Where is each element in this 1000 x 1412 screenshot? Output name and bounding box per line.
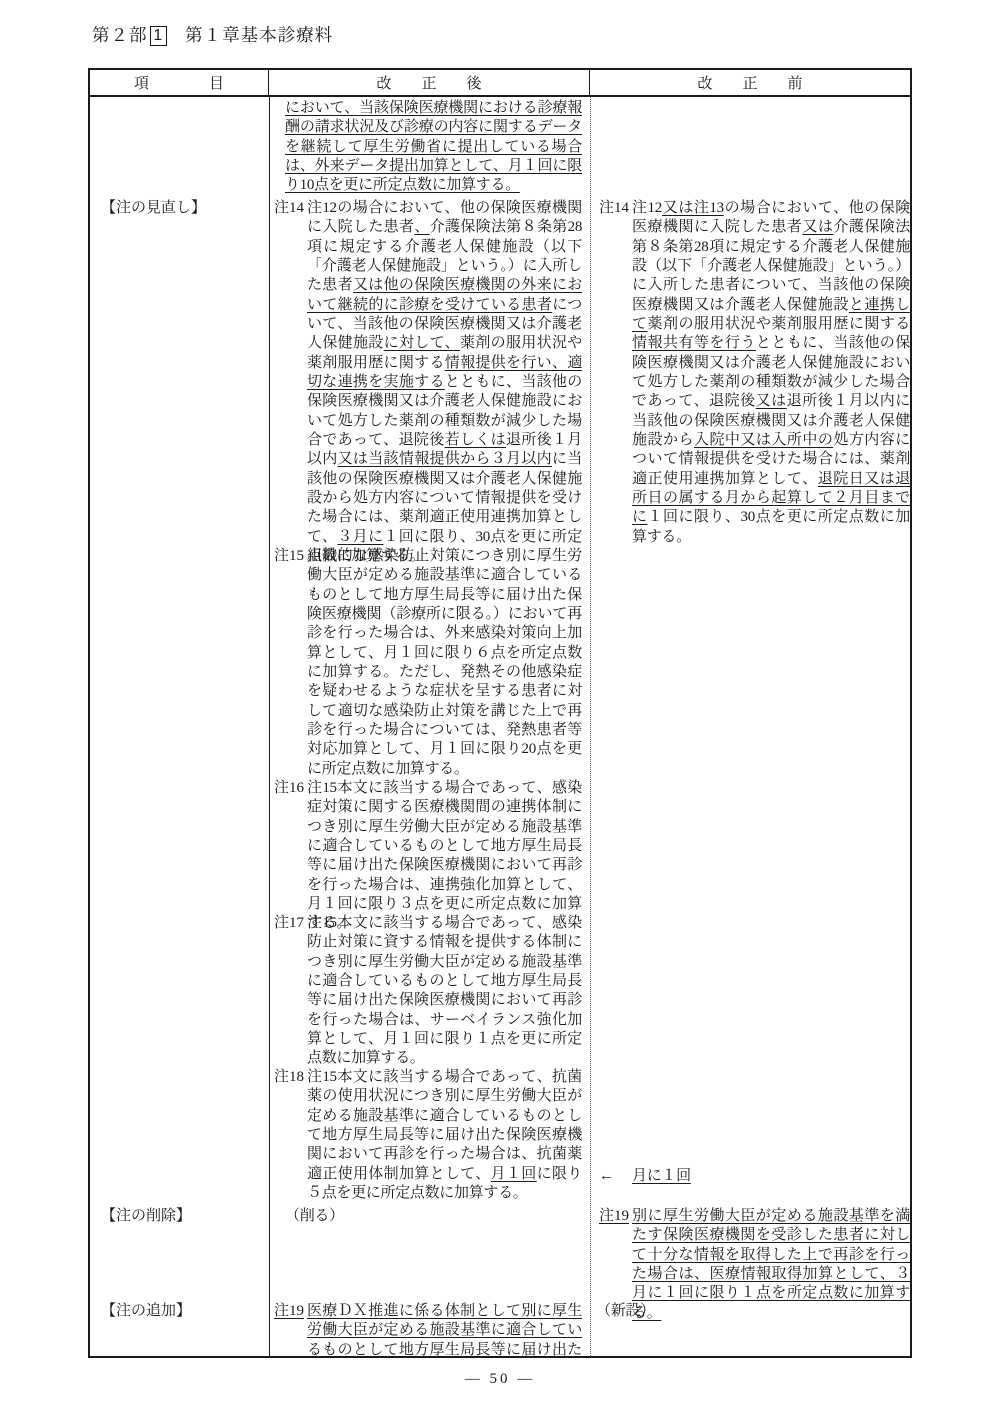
changed-text-segment: 入院中又は入所中の [694, 432, 833, 448]
changed-text-segment: において、当該保険医療機関における診療報酬の請求状況及び診療の内容に関するデータ… [285, 100, 582, 193]
text-segment: １回に限り、30点を更に所定点数に加算する。 [632, 509, 910, 544]
note-block: 注15組織的な感染防止対策につき別に厚生労働大臣が定める施設基準に適合しているも… [269, 547, 582, 779]
note-label: 注19 [599, 1207, 629, 1226]
changed-text-segment: 又は当該情報提供から３月以内 [338, 451, 552, 467]
left-arrow-icon: ← [599, 1167, 614, 1186]
before-revision-column: 注14注12又は注13の場合において、他の保険医療機関に入院した患者又は介護保険… [590, 97, 910, 1356]
note-block: 注16注15本文に該当する場合であって、感染症対策に関する医療機関間の連携体制に… [269, 779, 582, 934]
note-block: 注17注15本文に該当する場合であって、感染防止対策に資する情報を提供する体制に… [269, 914, 582, 1069]
title-part: 第２部 [92, 25, 148, 45]
text-segment: 【注の見直し】 [101, 200, 206, 216]
text-segment: （新設） [596, 1303, 655, 1319]
text-segment: 【注の追加】 [101, 1303, 191, 1319]
column-header-item: 項 目 [90, 70, 269, 95]
changed-text-segment: 医療ＤＸ推進に係る体制として別に厚生労働大臣が定める施設基準に適合しているものと… [307, 1303, 582, 1356]
changed-text-segment: 又は [756, 393, 787, 409]
note-label: 注19 [274, 1302, 304, 1321]
text-block: （削る） [269, 1207, 582, 1226]
column-header-after: 改 正 後 [269, 70, 590, 95]
changed-text-segment: ３月に [337, 529, 383, 545]
changed-text-segment: 若しくは [445, 432, 506, 448]
note-block: 注14注12の場合において、他の保険医療機関に入院した患者、介護保険法第８条第2… [269, 199, 582, 566]
note-label: 注14 [599, 199, 629, 218]
title-chapter: 第１章基本診療料 [185, 25, 333, 45]
document-page: 第２部1第１章基本診療料 項 目 改 正 後 改 正 前 【注の見直し】【注の削… [0, 0, 1000, 1412]
changed-text-segment: 月に１回 [632, 1168, 691, 1184]
changed-text-segment: に対して、 [384, 335, 460, 351]
column-header-before: 改 正 前 [590, 70, 910, 95]
text-block: （新設） [590, 1302, 910, 1321]
changed-text-segment: 又は [802, 219, 833, 235]
note-label: 注17 [274, 914, 304, 933]
text-segment: 注15本文に該当する場合であって、感染症対策に関する医療機関間の連携体制につき別… [307, 780, 582, 931]
note-label: 注18 [274, 1068, 304, 1087]
note-label: 注16 [274, 779, 304, 798]
revision-comparison-table: 項 目 改 正 後 改 正 前 【注の見直し】【注の削除】【注の追加】 において… [88, 68, 912, 1358]
table-header-row: 項 目 改 正 後 改 正 前 [90, 70, 910, 97]
text-segment: 組織的な感染防止対策につき別に厚生労働大臣が定める施設基準に適合しているものとし… [307, 548, 582, 777]
table-body: 【注の見直し】【注の削除】【注の追加】 において、当該保険医療機関における診療報… [90, 97, 910, 1356]
text-block: において、当該保険医療機関における診療報酬の請求状況及び診療の内容に関するデータ… [269, 99, 582, 196]
changed-text-segment: 情報共有等を行う [632, 335, 756, 351]
changed-text-segment: 月１回 [491, 1166, 537, 1182]
note-block: 注19医療ＤＸ推進に係る体制として別に厚生労働大臣が定める施設基準に適合している… [269, 1302, 582, 1356]
text-segment: 【注の削除】 [101, 1208, 191, 1224]
text-segment: 注15本文に該当する場合であって、感染防止対策に資する情報を提供する体制につき別… [307, 915, 582, 1066]
note-label: 注15 [274, 547, 304, 566]
title-part-number-box: 1 [150, 26, 168, 46]
page-title: 第２部1第１章基本診療料 [92, 22, 333, 47]
note-block: 注18注15本文に該当する場合であって、抗菌薬の使用状況につき別に厚生労働大臣が… [269, 1068, 582, 1203]
item-label: 【注の見直し】 [90, 199, 262, 218]
item-label: 【注の追加】 [90, 1302, 262, 1321]
item-label: 【注の削除】 [90, 1207, 262, 1226]
note-label: 注14 [274, 199, 304, 218]
changed-text-segment: 、 [414, 219, 429, 235]
page-number: ― 50 ― [0, 1371, 1000, 1388]
note-block: 注14注12又は注13の場合において、他の保険医療機関に入院した患者又は介護保険… [590, 199, 910, 547]
text-block: ←月に１回 [590, 1167, 910, 1186]
text-segment: （削る） [285, 1208, 344, 1224]
item-column: 【注の見直し】【注の削除】【注の追加】 [90, 97, 269, 1356]
text-segment: 薬剤の服用状況や薬剤服用歴に関する [648, 316, 911, 332]
after-revision-column: において、当該保険医療機関における診療報酬の請求状況及び診療の内容に関するデータ… [269, 97, 590, 1356]
changed-text-segment: 又は注13 [662, 200, 724, 216]
text-segment: 注12 [632, 200, 662, 216]
